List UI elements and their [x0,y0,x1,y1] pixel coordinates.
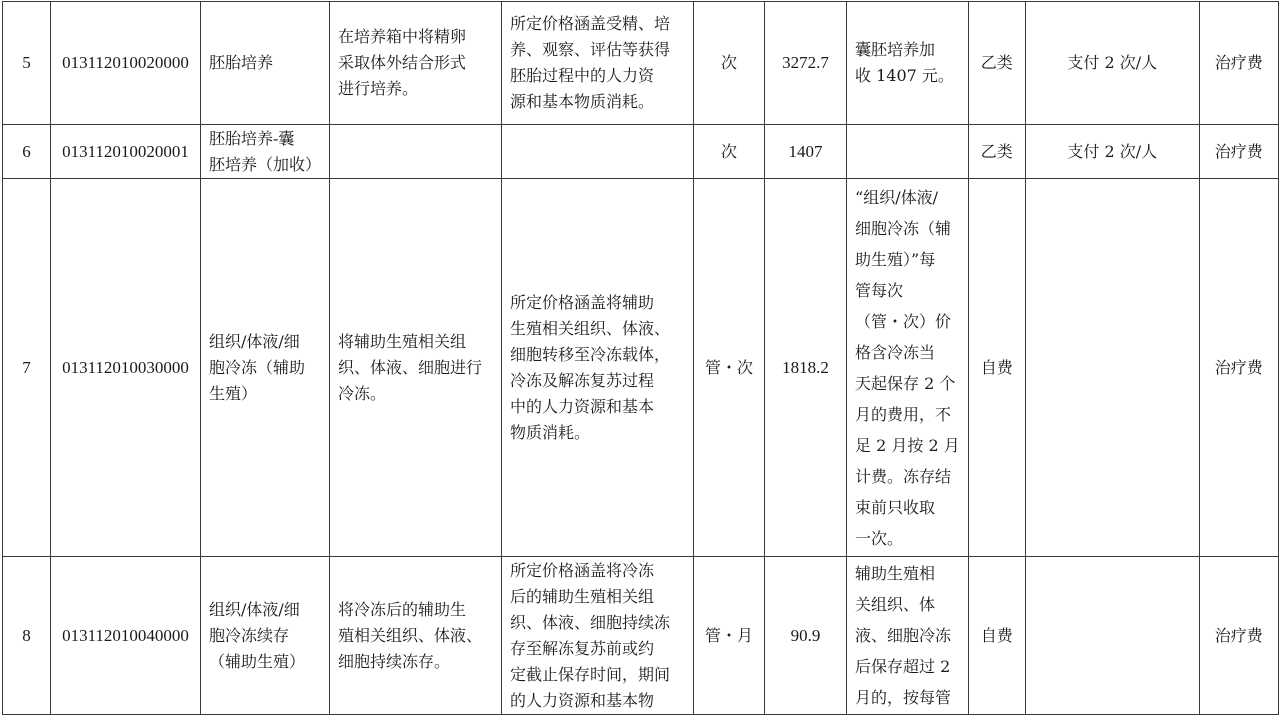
cell-text-line: 辅助生殖相 [855,558,960,589]
table-row: 6 013112010020001 胚胎培养-囊胚培养（加收） 次 1407 乙… [3,125,1279,179]
pricing-unit: 管・月 [694,557,765,715]
cell-text-line: 殖相关组织、体液、 [338,623,493,649]
insurance-class: 自费 [968,179,1025,557]
price-value: 1818.2 [765,179,847,557]
service-output: 将辅助生殖相关组织、体液、细胞进行冷冻。 [330,179,502,557]
row-index: 6 [3,125,51,179]
cell-text-line: 后保存超过 2 [855,651,960,682]
insurance-class: 自费 [968,557,1025,715]
cell-text-line: 在培养箱中将精卵 [338,24,493,50]
cell-text-line: 细胞转移至冷冻载体， [510,342,685,368]
item-code: 013112010020001 [51,125,201,179]
finance-category: 治疗费 [1199,557,1278,715]
cell-text-line: 关组织、体 [855,589,960,620]
price-composition: 所定价格涵盖受精、培养、观察、评估等获得胚胎过程中的人力资源和基本物质消耗。 [502,2,694,125]
cell-text-line: 一次。 [855,523,960,554]
price-value: 1407 [765,125,847,179]
cell-text-line: 所定价格涵盖将冷冻 [510,558,685,584]
pricing-note: 辅助生殖相关组织、体液、细胞冷冻后保存超过 2月的，按每管 [847,557,969,715]
cell-text-line: 将冷冻后的辅助生 [338,597,493,623]
cell-text-line: 所定价格涵盖受精、培 [510,11,685,37]
cell-text-line: 胞冷冻续存 [209,623,321,649]
cell-text-line: 月的费用，不 [855,399,960,430]
table-row: 8 013112010040000 组织/体液/细胞冷冻续存（辅助生殖） 将冷冻… [3,557,1279,715]
finance-category: 治疗费 [1199,2,1278,125]
insurance-limit: 支付 2 次/人 [1025,2,1199,125]
price-composition [502,125,694,179]
cell-text-line: 细胞冷冻（辅 [855,213,960,244]
item-name: 组织/体液/细胞冷冻（辅助生殖） [201,179,330,557]
cell-text-line: 采取体外结合形式 [338,50,493,76]
cell-text-line: 细胞持续冻存。 [338,649,493,675]
cell-text-line: 冷冻。 [338,381,493,407]
cell-text-line: 组织/体液/细 [209,329,321,355]
pricing-unit: 次 [694,125,765,179]
row-index: 7 [3,179,51,557]
pricing-table: 5 013112010020000 胚胎培养 在培养箱中将精卵采取体外结合形式进… [2,1,1279,715]
price-composition: 所定价格涵盖将辅助生殖相关组织、体液、细胞转移至冷冻载体，冷冻及解冻复苏过程中的… [502,179,694,557]
cell-text-line: 所定价格涵盖将辅助 [510,290,685,316]
service-output [330,125,502,179]
cell-text-line: 格含冷冻当 [855,337,960,368]
cell-text-line: 定截止保存时间，期间 [510,662,685,688]
cell-text-line: 计费。冻存结 [855,461,960,492]
insurance-limit [1025,179,1199,557]
cell-text-line: 束前只收取 [855,492,960,523]
cell-text-line: （管・次）价 [855,306,960,337]
item-name: 胚胎培养 [201,2,330,125]
cell-text-line: 收 1407 元。 [855,63,960,89]
cell-text-line: 物质消耗。 [510,420,685,446]
row-index: 8 [3,557,51,715]
insurance-limit: 支付 2 次/人 [1025,125,1199,179]
cell-text-line: 织、体液、细胞持续冻 [510,610,685,636]
cell-text-line: 助生殖）”每 [855,244,960,275]
cell-text-line: 生殖） [209,381,321,407]
item-name: 组织/体液/细胞冷冻续存（辅助生殖） [201,557,330,715]
pricing-note: “组织/体液/细胞冷冻（辅助生殖）”每管每次（管・次）价格含冷冻当天起保存 2 … [847,179,969,557]
cell-text-line: 生殖相关组织、体液、 [510,316,685,342]
insurance-limit [1025,557,1199,715]
cell-text-line: 中的人力资源和基本 [510,394,685,420]
cell-text-line: 冷冻及解冻复苏过程 [510,368,685,394]
item-name: 胚胎培养-囊胚培养（加收） [201,125,330,179]
finance-category: 治疗费 [1199,125,1278,179]
finance-category: 治疗费 [1199,179,1278,557]
service-output: 将冷冻后的辅助生殖相关组织、体液、细胞持续冻存。 [330,557,502,715]
cell-text-line: “组织/体液/ [855,182,960,213]
cell-text-line: 天起保存 2 个 [855,368,960,399]
pricing-unit: 次 [694,2,765,125]
cell-text-line: 后的辅助生殖相关组 [510,584,685,610]
price-value: 3272.7 [765,2,847,125]
cell-text-line: 源和基本物质消耗。 [510,89,685,115]
cell-text-line: 组织/体液/细 [209,597,321,623]
price-value: 90.9 [765,557,847,715]
table-row: 7 013112010030000 组织/体液/细胞冷冻（辅助生殖） 将辅助生殖… [3,179,1279,557]
insurance-class: 乙类 [968,125,1025,179]
cell-text-line: 的人力资源和基本物 [510,688,685,714]
cell-text-line: 液、细胞冷冻 [855,620,960,651]
cell-text-line: 囊胚培养加 [855,37,960,63]
cell-text-line: 存至解冻复苏前或约 [510,636,685,662]
cell-text-line: 胚胎培养 [209,50,321,76]
cell-text-line: 织、体液、细胞进行 [338,355,493,381]
cell-text-line: 将辅助生殖相关组 [338,329,493,355]
cell-text-line: 胚胎过程中的人力资 [510,63,685,89]
item-code: 013112010020000 [51,2,201,125]
cell-text-line: （辅助生殖） [209,649,321,675]
insurance-class: 乙类 [968,2,1025,125]
pricing-note [847,125,969,179]
pricing-note: 囊胚培养加收 1407 元。 [847,2,969,125]
cell-text-line: 养、观察、评估等获得 [510,37,685,63]
cell-text-line: 月的，按每管 [855,682,960,713]
cell-text-line: 管每次 [855,275,960,306]
cell-text-line: 胞冷冻（辅助 [209,355,321,381]
cell-text-line: 进行培养。 [338,76,493,102]
table-body: 5 013112010020000 胚胎培养 在培养箱中将精卵采取体外结合形式进… [3,2,1279,715]
item-code: 013112010030000 [51,179,201,557]
item-code: 013112010040000 [51,557,201,715]
cell-text-line: 胚培养（加收） [209,152,321,178]
table-row: 5 013112010020000 胚胎培养 在培养箱中将精卵采取体外结合形式进… [3,2,1279,125]
price-composition: 所定价格涵盖将冷冻后的辅助生殖相关组织、体液、细胞持续冻存至解冻复苏前或约定截止… [502,557,694,715]
pricing-unit: 管・次 [694,179,765,557]
cell-text-line: 足 2 月按 2 月 [855,430,960,461]
service-output: 在培养箱中将精卵采取体外结合形式进行培养。 [330,2,502,125]
cell-text-line: 胚胎培养-囊 [209,126,321,152]
row-index: 5 [3,2,51,125]
